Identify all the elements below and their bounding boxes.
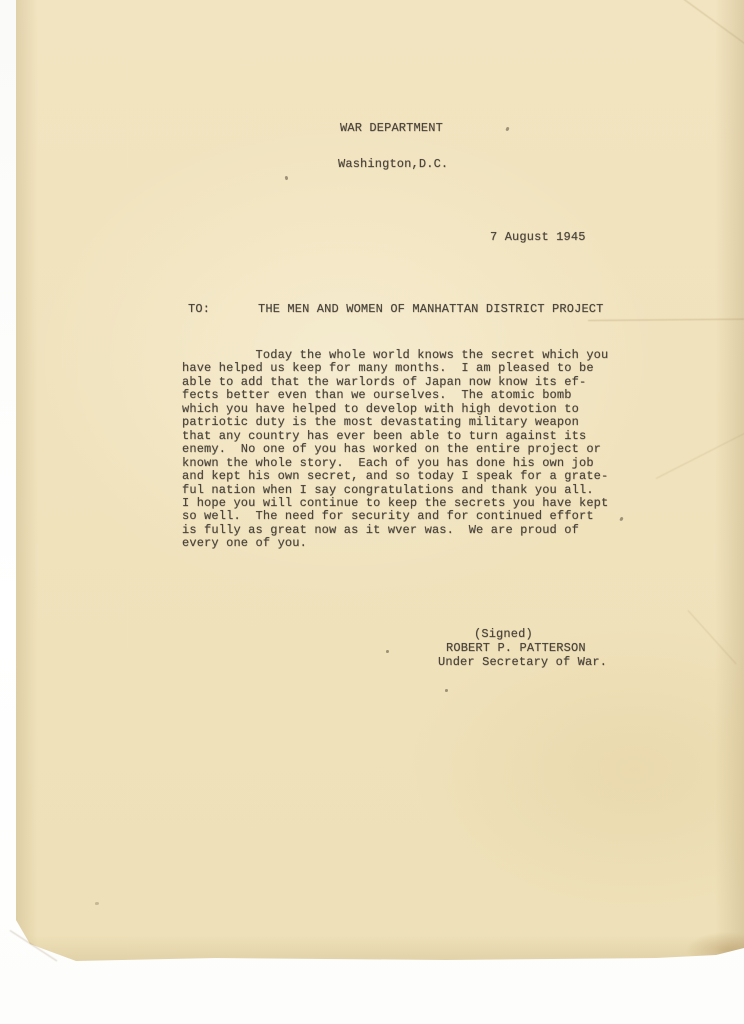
- to-label: TO:: [188, 303, 210, 316]
- date-line: 7 August 1945: [490, 231, 586, 244]
- signature-signed-label: (Signed): [474, 628, 533, 641]
- letter-body: Today the whole world knows the secret w…: [182, 349, 608, 551]
- war-department-heading: WAR DEPARTMENT: [340, 122, 443, 135]
- signature-name: ROBERT P. PATTERSON: [446, 642, 586, 655]
- location-line: Washington,D.C.: [338, 158, 448, 171]
- to-recipient: THE MEN AND WOMEN OF MANHATTAN DISTRICT …: [258, 303, 604, 316]
- signature-title: Under Secretary of War.: [438, 656, 607, 669]
- scanned-letter-scene: WAR DEPARTMENT Washington,D.C. 7 August …: [0, 0, 744, 1024]
